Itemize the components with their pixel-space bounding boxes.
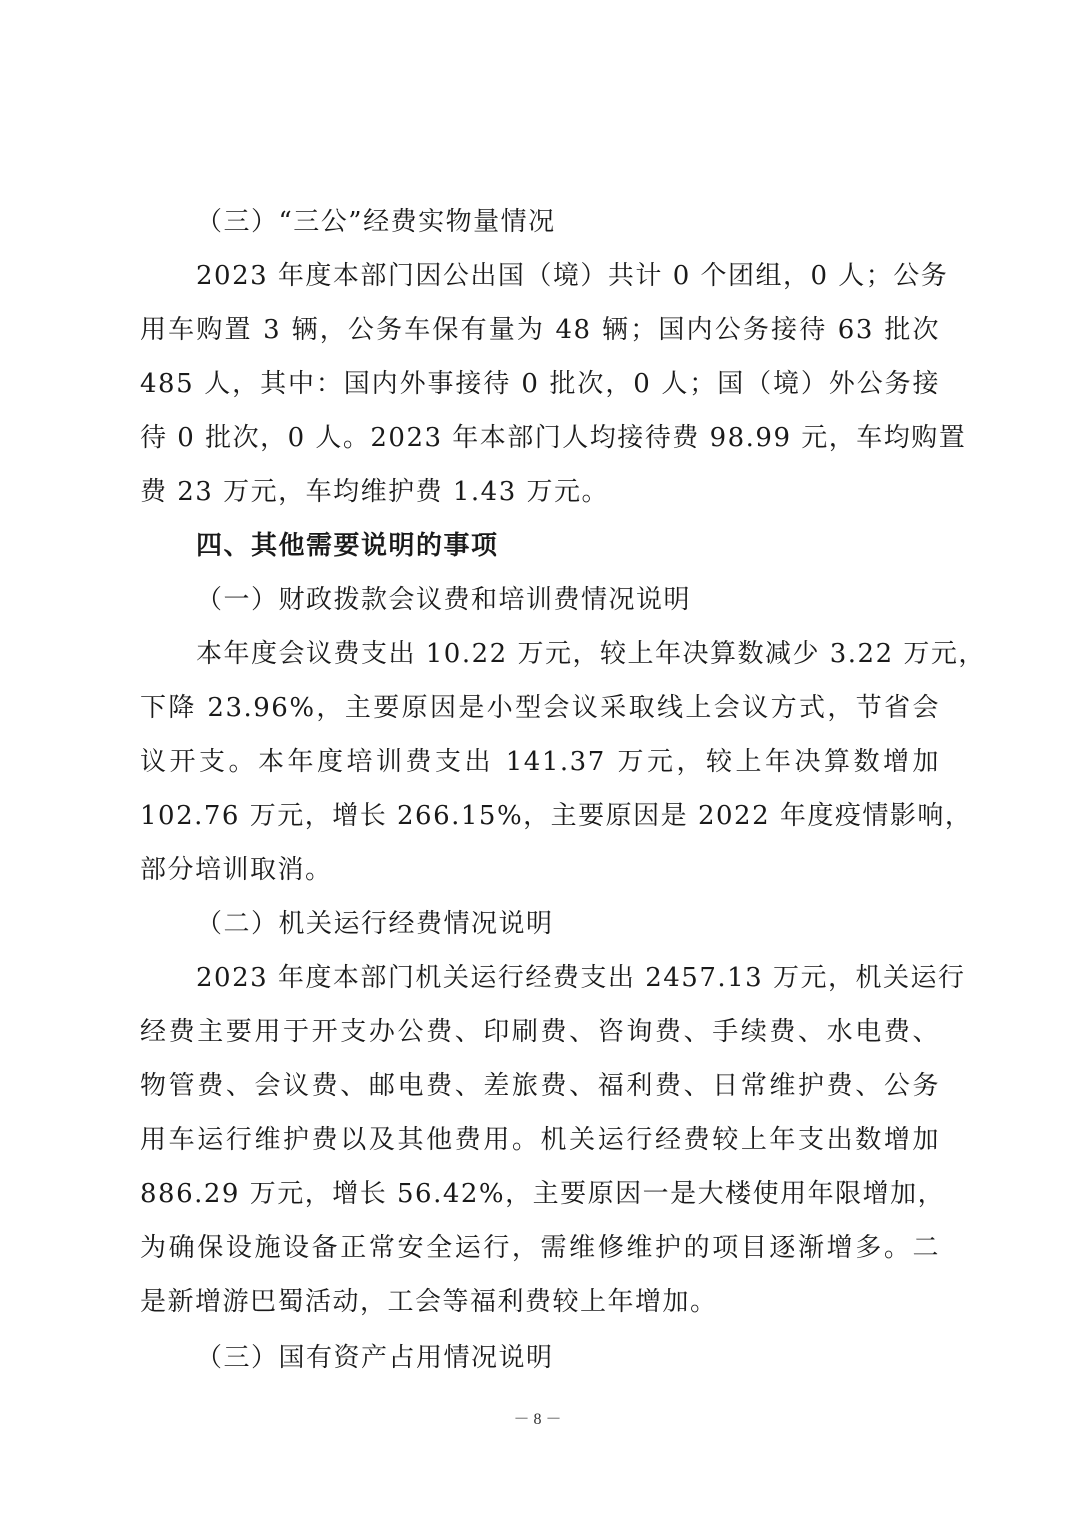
paragraph-line: 为确保设施设备正常安全运行，需维修维护的项目逐渐增多。二 — [140, 1221, 940, 1275]
paragraph-line: 部分培训取消。 — [140, 843, 333, 897]
paragraph-line: 费 23 万元，车均维护费 1.43 万元。 — [140, 465, 609, 519]
page-number: － 8 － — [0, 1406, 1075, 1429]
paragraph-line: 是新增游巴蜀活动，工会等福利费较上年增加。 — [140, 1275, 718, 1329]
paragraph-line: 经费主要用于开支办公费、印刷费、咨询费、手续费、水电费、 — [140, 1005, 940, 1059]
section-heading-state-assets: （三）国有资产占用情况说明 — [196, 1331, 554, 1385]
paragraph-line: 物管费、会议费、邮电费、差旅费、福利费、日常维护费、公务 — [140, 1059, 940, 1113]
section-heading-meeting-training: （一）财政拨款会议费和培训费情况说明 — [196, 573, 691, 627]
paragraph-line: 102.76 万元，增长 266.15%，主要原因是 2022 年度疫情影响， — [140, 789, 940, 843]
paragraph-line: 2023 年度本部门因公出国（境）共计 0 个团组，0 人；公务 — [196, 249, 940, 303]
paragraph-line: 用车购置 3 辆，公务车保有量为 48 辆；国内公务接待 63 批次 — [140, 303, 940, 357]
paragraph-line: 2023 年度本部门机关运行经费支出 2457.13 万元，机关运行 — [196, 951, 940, 1005]
paragraph-line: 下降 23.96%，主要原因是小型会议采取线上会议方式，节省会 — [140, 681, 940, 735]
section-heading-sanggong: （三）“三公”经费实物量情况 — [196, 195, 556, 249]
section-heading-operating-expenses: （二）机关运行经费情况说明 — [196, 897, 554, 951]
paragraph-line: 议开支。本年度培训费支出 141.37 万元，较上年决算数增加 — [140, 735, 940, 789]
paragraph-line: 待 0 批次，0 人。2023 年本部门人均接待费 98.99 元，车均购置 — [140, 411, 940, 465]
paragraph-line: 886.29 万元，增长 56.42%，主要原因一是大楼使用年限增加， — [140, 1167, 940, 1221]
paragraph-line: 用车运行维护费以及其他费用。机关运行经费较上年支出数增加 — [140, 1113, 940, 1167]
paragraph-line: 485 人，其中：国内外事接待 0 批次，0 人；国（境）外公务接 — [140, 357, 940, 411]
paragraph-line: 本年度会议费支出 10.22 万元，较上年决算数减少 3.22 万元， — [196, 627, 940, 681]
chapter-heading-other-matters: 四、其他需要说明的事项 — [196, 519, 499, 573]
